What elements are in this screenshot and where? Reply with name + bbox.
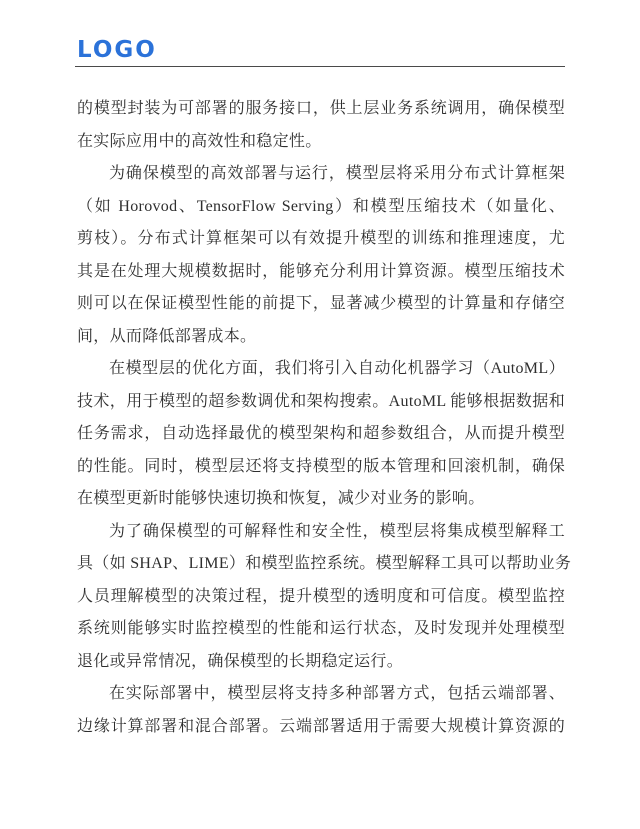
text-line: 其是在处理大规模数据时，能够充分利用计算资源。模型压缩技术: [77, 256, 565, 289]
text-line: 则可以在保证模型性能的前提下，显著减少模型的计算量和存储空: [77, 288, 565, 321]
document-page: LOGO 的模型封装为可部署的服务接口，供上层业务系统调用，确保模型在实际应用中…: [0, 0, 640, 829]
text-line: 在实际部署中，模型层将支持多种部署方式，包括云端部署、: [77, 678, 565, 711]
text-line: 技术，用于模型的超参数调优和架构搜索。AutoML 能够根据数据和: [77, 386, 565, 419]
text-line: 的性能。同时，模型层还将支持模型的版本管理和回滚机制，确保: [77, 451, 565, 484]
text-line: 的模型封装为可部署的服务接口，供上层业务系统调用，确保模型: [77, 93, 565, 126]
text-line: 边缘计算部署和混合部署。云端部署适用于需要大规模计算资源的: [77, 711, 565, 744]
text-line: 为了确保模型的可解释性和安全性，模型层将集成模型解释工: [77, 516, 565, 549]
text-line: 人员理解模型的决策过程，提升模型的透明度和可信度。模型监控: [77, 581, 565, 614]
text-line: 系统则能够实时监控模型的性能和运行状态，及时发现并处理模型: [77, 613, 565, 646]
text-line: 具（如 SHAP、LIME）和模型监控系统。模型解释工具可以帮助业务: [77, 548, 565, 581]
text-line: 在实际应用中的高效性和稳定性。: [77, 126, 565, 159]
text-line: 退化或异常情况，确保模型的长期稳定运行。: [77, 646, 565, 679]
document-body: 的模型封装为可部署的服务接口，供上层业务系统调用，确保模型在实际应用中的高效性和…: [77, 93, 565, 743]
text-line: （如 Horovod、TensorFlow Serving）和模型压缩技术（如量…: [77, 191, 565, 224]
page-header: LOGO: [0, 0, 640, 90]
text-line: 间，从而降低部署成本。: [77, 321, 565, 354]
text-line: 为确保模型的高效部署与运行，模型层将采用分布式计算框架: [77, 158, 565, 191]
text-line: 剪枝）。分布式计算框架可以有效提升模型的训练和推理速度，尤: [77, 223, 565, 256]
text-line: 在模型更新时能够快速切换和恢复，减少对业务的影响。: [77, 483, 565, 516]
text-line: 在模型层的优化方面，我们将引入自动化机器学习（AutoML）: [77, 353, 565, 386]
header-divider: [75, 66, 565, 67]
text-line: 任务需求，自动选择最优的模型架构和超参数组合，从而提升模型: [77, 418, 565, 451]
logo: LOGO: [77, 38, 157, 64]
